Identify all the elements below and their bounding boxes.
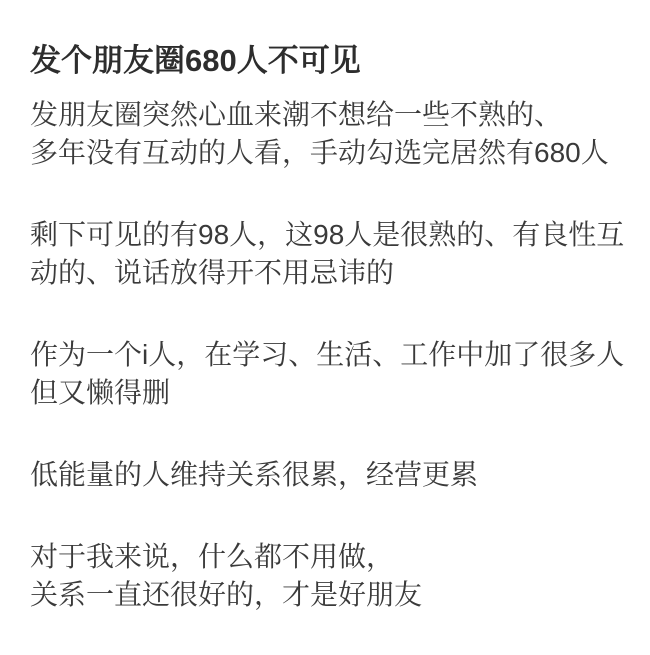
paragraph-line: 多年没有互动的人看，手动勾选完居然有680人: [30, 134, 620, 172]
paragraph-line: 动的、说话放得开不用忌讳的: [30, 254, 620, 292]
paragraph-line: 对于我来说，什么都不用做，: [30, 538, 620, 576]
paragraph-line: 发朋友圈突然心血来潮不想给一些不熟的、: [30, 96, 620, 134]
post-container: 发个朋友圈680人不可见 发朋友圈突然心血来潮不想给一些不熟的、 多年没有互动的…: [0, 0, 650, 614]
paragraph-line: 剩下可见的有98人，这98人是很熟的、有良性互: [30, 216, 620, 254]
paragraph: 剩下可见的有98人，这98人是很熟的、有良性互 动的、说话放得开不用忌讳的: [30, 216, 620, 292]
paragraph-line: 关系一直还很好的，才是好朋友: [30, 576, 620, 614]
paragraph: 作为一个i人，在学习、生活、工作中加了很多人 但又懒得删: [30, 336, 620, 412]
paragraph-line: 作为一个i人，在学习、生活、工作中加了很多人: [30, 336, 620, 374]
paragraph: 发朋友圈突然心血来潮不想给一些不熟的、 多年没有互动的人看，手动勾选完居然有68…: [30, 96, 620, 172]
paragraph: 低能量的人维持关系很累，经营更累: [30, 456, 620, 494]
paragraph: 对于我来说，什么都不用做， 关系一直还很好的，才是好朋友: [30, 538, 620, 614]
paragraph-line: 低能量的人维持关系很累，经营更累: [30, 456, 620, 494]
paragraph-line: 但又懒得删: [30, 374, 620, 412]
post-title: 发个朋友圈680人不可见: [30, 40, 620, 82]
